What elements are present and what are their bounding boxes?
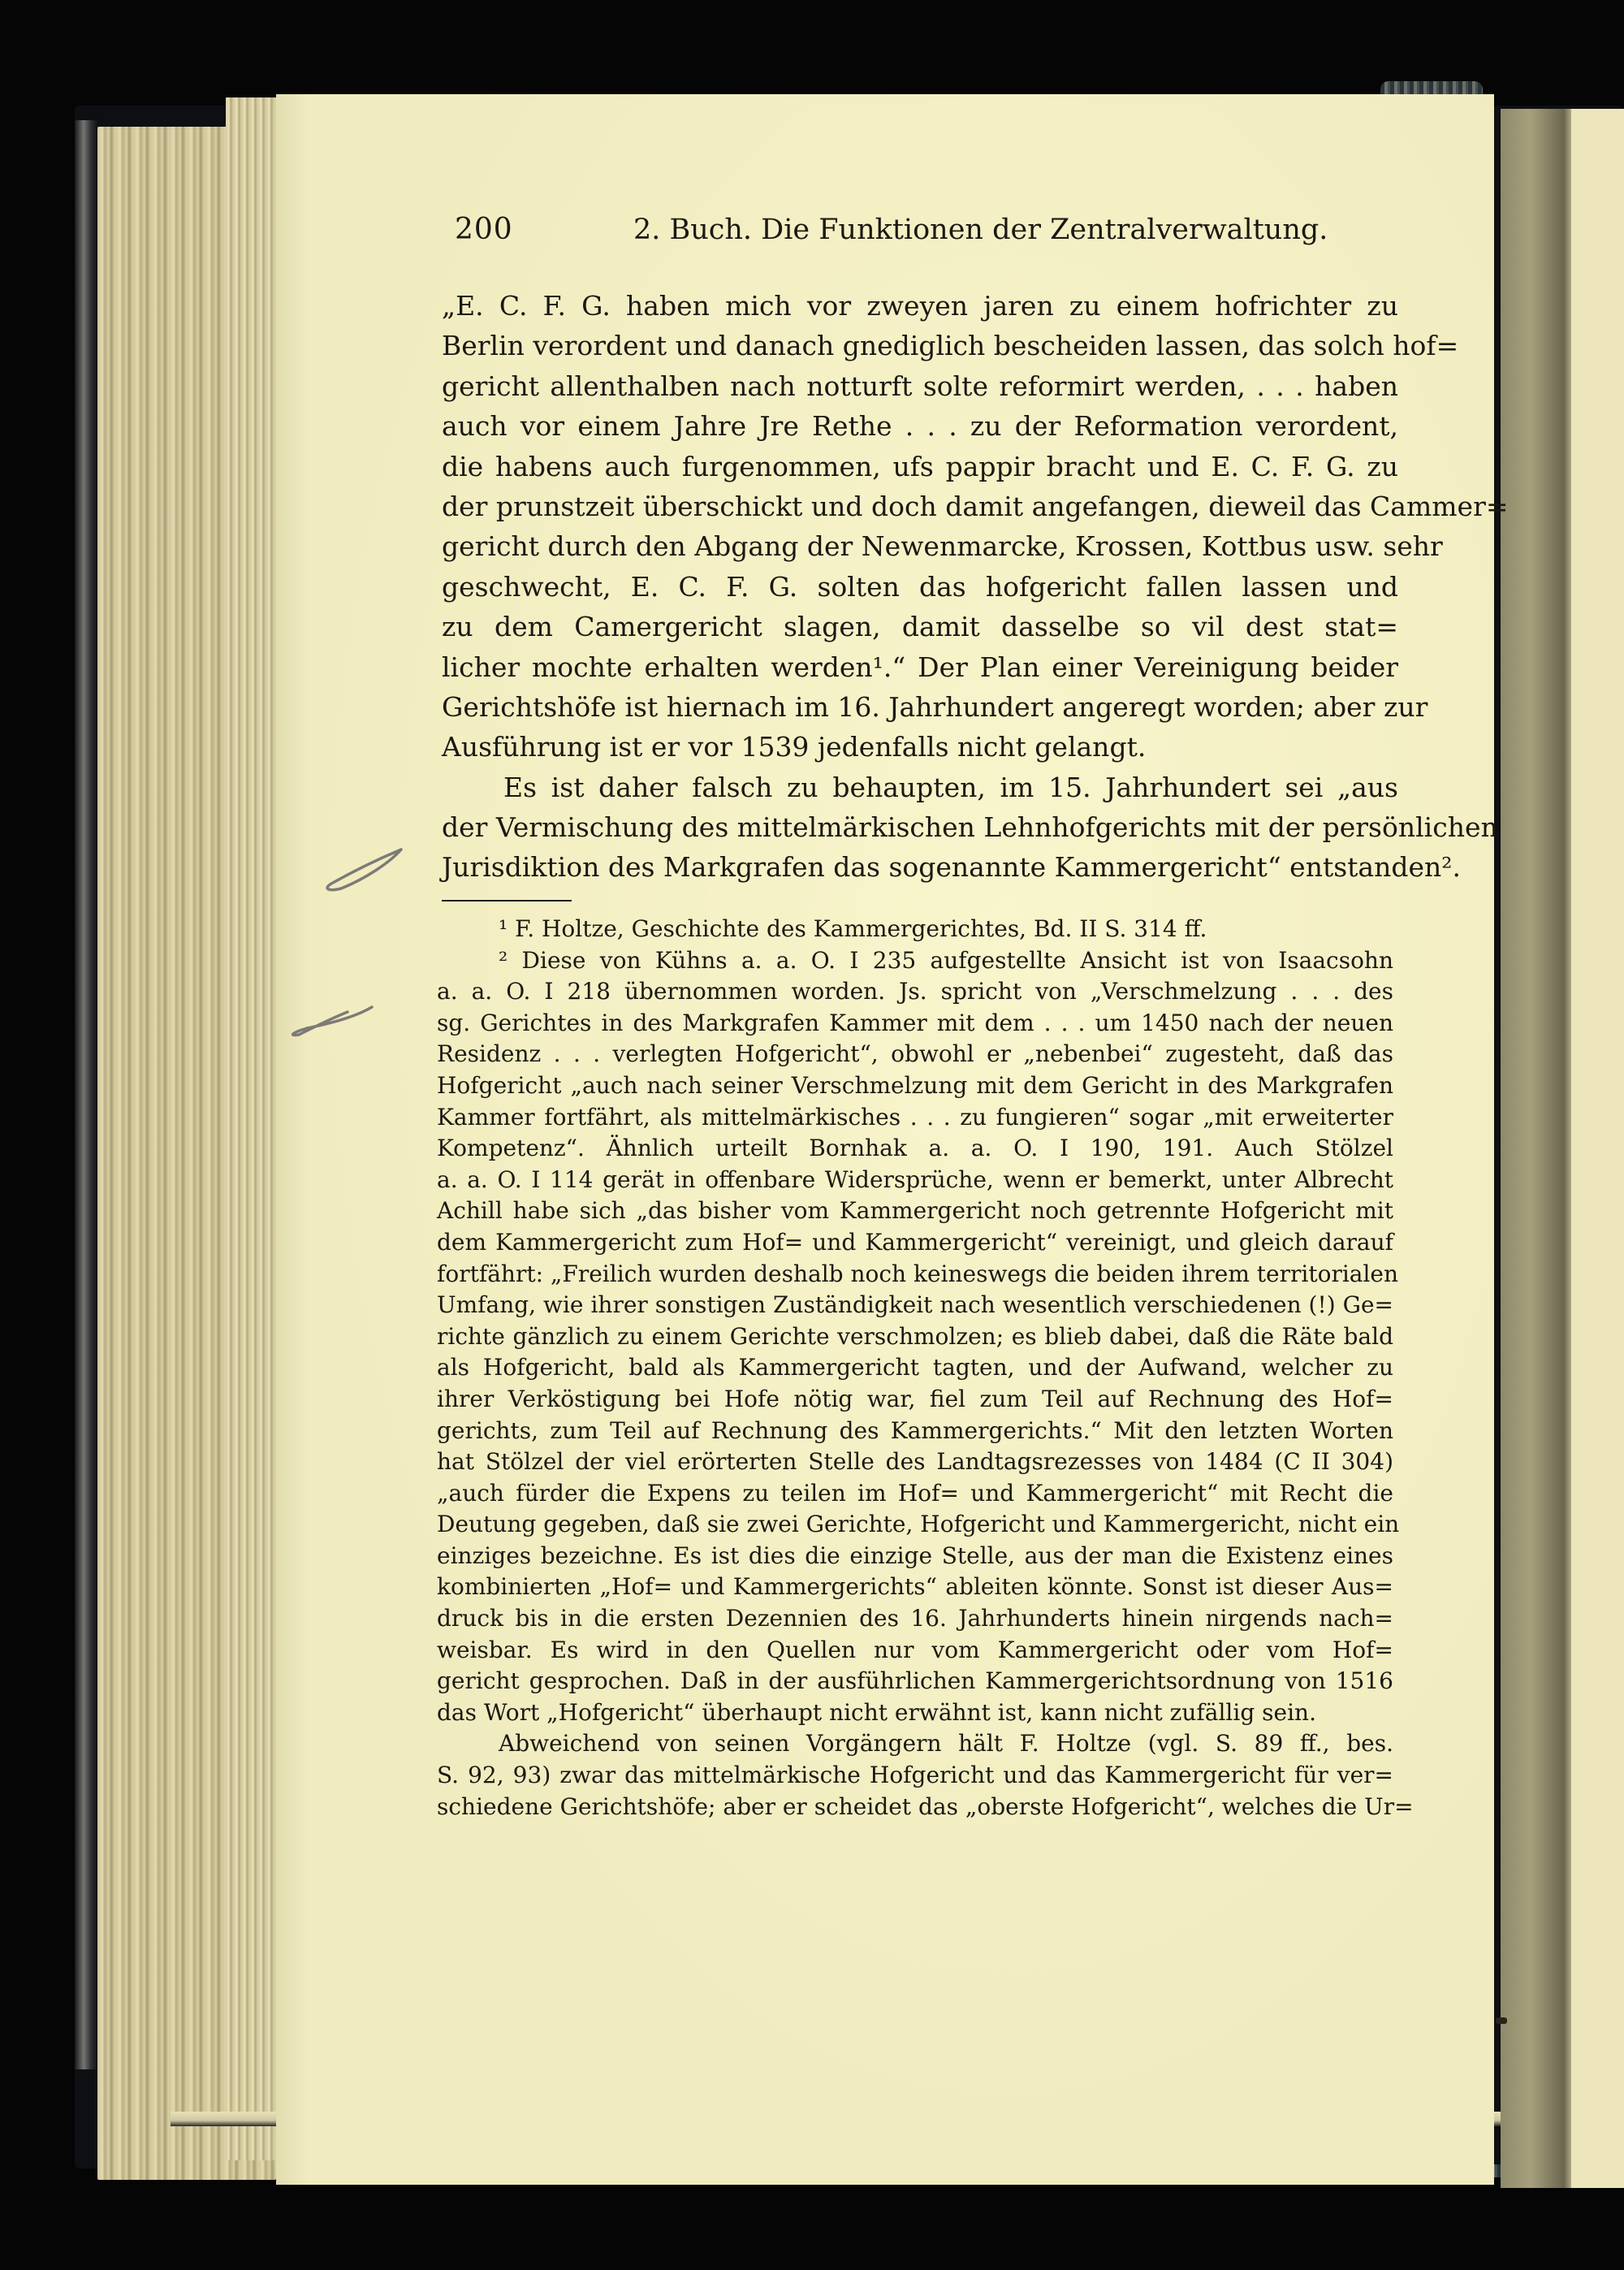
footnote-line: Umfang, wie ihrer sonstigen Zuständigkei… [437, 1290, 1393, 1321]
page-number: 200 [455, 213, 633, 246]
footnote-line: einziges bezeichne. Es ist dies die einz… [437, 1541, 1393, 1572]
facing-page-edge [1571, 109, 1624, 2188]
footnote-line: gericht gesprochen. Daß in der ausführli… [437, 1666, 1393, 1697]
footnote-line: Residenz . . . verlegten Hofgericht“, ob… [437, 1039, 1393, 1070]
spine-mark [1496, 2017, 1507, 2024]
book-cover-edge [75, 120, 97, 2069]
footnote-line: als Hofgericht, bald als Kammergericht t… [437, 1352, 1393, 1384]
text-line: gericht durch den Abgang der Newenmarcke… [442, 526, 1398, 566]
footnote-line: a. a. O. I 114 gerät in offenbare Widers… [437, 1165, 1393, 1196]
footnote-line: sg. Gerichtes in des Markgrafen Kammer m… [437, 1008, 1393, 1040]
footnote-line: Abweichend von seinen Vorgängern hält F.… [437, 1728, 1393, 1760]
footnote-line: Kompetenz“. Ähnlich urteilt Bornhak a. a… [437, 1133, 1393, 1165]
footnote-line: ¹ F. Holtze, Geschichte des Kammergerich… [437, 914, 1393, 945]
footnote-line: hat Stölzel der viel erörterten Stelle d… [437, 1446, 1393, 1478]
footnote-line: „auch fürder die Expens zu teilen im Hof… [437, 1478, 1393, 1510]
text-line: gericht allenthalben nach notturft solte… [442, 366, 1398, 406]
footnote-line: Achill habe sich „das bisher vom Kammerg… [437, 1196, 1393, 1227]
text-line: Es ist daher falsch zu behaupten, im 15.… [442, 767, 1398, 807]
footnote-line: das Wort „Hofgericht“ überhaupt nicht er… [437, 1697, 1393, 1729]
footnote-line: S. 92, 93) zwar das mittelmärkische Hofg… [437, 1760, 1393, 1792]
page-stack-inner [226, 97, 279, 2160]
footnote-line: richte gänzlich zu einem Gerichte versch… [437, 1321, 1393, 1353]
footnote-line: ² Diese von Kühns a. a. O. I 235 aufgest… [437, 945, 1393, 977]
footnote-line: kombinierten „Hof= und Kammergerichts“ a… [437, 1572, 1393, 1603]
text-line: zu dem Camergericht slagen, damit dassel… [442, 607, 1398, 646]
text-line: licher mochte erhalten werden¹.“ Der Pla… [442, 647, 1398, 687]
text-line: der prunstzeit überschickt und doch dami… [442, 486, 1398, 526]
text-line: „E. C. F. G. haben mich vor zweyen jaren… [442, 286, 1398, 326]
footnote-line: gerichts, zum Teil auf Rechnung des Kamm… [437, 1416, 1393, 1447]
running-head: 200 2. Buch. Die Funktionen der Zentralv… [455, 213, 1397, 253]
footnote-line: a. a. O. I 218 übernommen worden. Js. sp… [437, 976, 1393, 1008]
footnote-line: Kammer fortfährt, als mittelmärkisches .… [437, 1102, 1393, 1134]
footnote-line: Deutung gegeben, daß sie zwei Gerichte, … [437, 1509, 1393, 1541]
footnote-line: fortfährt: „Freilich wurden deshalb noch… [437, 1259, 1393, 1291]
chapter-title: 2. Buch. Die Funktionen der Zentralverwa… [633, 214, 1328, 246]
footnote-line: druck bis in die ersten Dezennien des 16… [437, 1603, 1393, 1635]
pencil-mark-icon [317, 845, 414, 902]
text-line: auch vor einem Jahre Jre Rethe . . . zu … [442, 406, 1398, 446]
footnote-line: schiedene Gerichtshöfe; aber er scheidet… [437, 1792, 1393, 1823]
pencil-mark-icon [283, 1002, 380, 1051]
text-line: Ausführung ist er vor 1539 jedenfalls ni… [442, 727, 1398, 767]
main-text: „E. C. F. G. haben mich vor zweyen jaren… [442, 286, 1398, 888]
text-line: Jurisdiktion des Markgrafen das sogenann… [442, 847, 1398, 887]
text-line: die habens auch furgenommen, ufs pappir … [442, 447, 1398, 486]
text-line: geschwecht, E. C. F. G. solten das hofge… [442, 567, 1398, 607]
text-line: der Vermischung des mittelmärkischen Leh… [442, 807, 1398, 847]
footnotes: ¹ F. Holtze, Geschichte des Kammergerich… [437, 914, 1393, 1822]
footnote-line: weisbar. Es wird in den Quellen nur vom … [437, 1635, 1393, 1667]
footnote-line: dem Kammergericht zum Hof= und Kammerger… [437, 1227, 1393, 1259]
footnote-line: ihrer Verköstigung bei Hofe nötig war, f… [437, 1384, 1393, 1416]
footnote-rule [442, 900, 572, 902]
gutter-shadow [1501, 109, 1575, 2188]
text-line: Gerichtshöfe ist hiernach im 16. Jahrhun… [442, 687, 1398, 727]
text-line: Berlin verordent und danach gnediglich b… [442, 326, 1398, 365]
footnote-line: Hofgericht „auch nach seiner Verschmelzu… [437, 1070, 1393, 1102]
